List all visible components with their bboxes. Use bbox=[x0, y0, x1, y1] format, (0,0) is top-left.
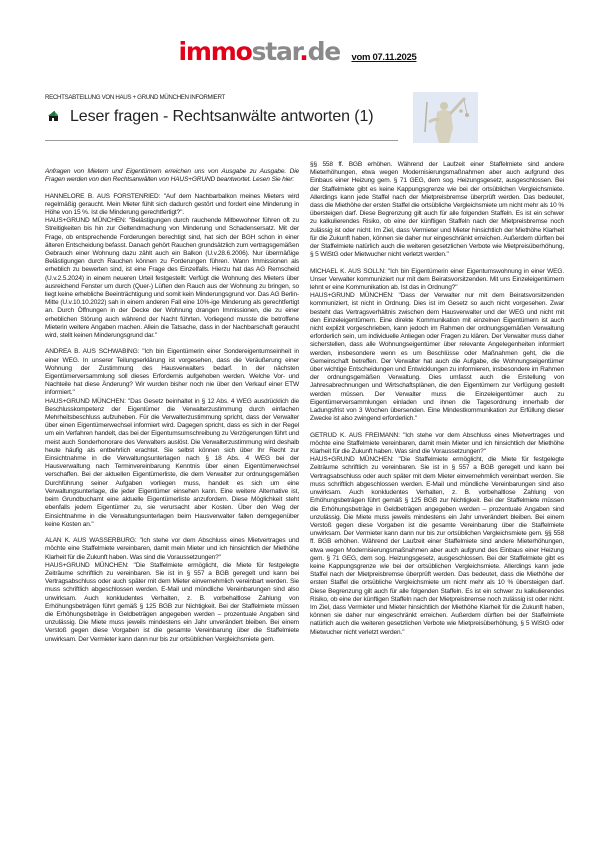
reader-question: MICHAEL K. AUS SOLLN: "Ich bin Eigentüme… bbox=[310, 268, 564, 293]
lawyer-answer: HAUS+GRUND MÜNCHEN: "Dass der Verwalter … bbox=[310, 292, 564, 423]
answer-continuation: §§ 558 ff. BGB erhöhen. Während der Lauf… bbox=[310, 161, 564, 259]
issue-date: vom 07.11.2025 bbox=[351, 52, 416, 63]
logo-dot: . bbox=[299, 37, 307, 66]
lawyer-answer: HAUS+GRUND MÜNCHEN: "Das Gesetz beinhalt… bbox=[45, 398, 299, 529]
title-bar: Leser fragen - Rechtsanwälte antworten (… bbox=[45, 106, 398, 141]
lawyer-answer: HAUS+GRUND MÜNCHEN: "Die Staffelmiete er… bbox=[310, 456, 564, 636]
lawyer-answer: HAUS+GRUND MÜNCHEN: "Die Staffelmiete er… bbox=[45, 562, 299, 644]
logo-part-immo: immo bbox=[179, 37, 252, 66]
page-title: Leser fragen - Rechtsanwälte antworten (… bbox=[70, 108, 374, 126]
justitia-illustration bbox=[413, 92, 478, 143]
masthead: immostar.de vom 07.11.2025 bbox=[0, 37, 595, 66]
reader-question: HANNELORE B. AUS FORSTENRIED: "Auf dem N… bbox=[45, 193, 299, 218]
qa-item: ANDREA B. AUS SCHWABING: "Ich bin Eigent… bbox=[45, 348, 299, 528]
section-kicker: RECHTSABTEILUNG VON HAUS + GRUND MÜNCHEN… bbox=[45, 94, 225, 101]
qa-item: HANNELORE B. AUS FORSTENRIED: "Auf dem N… bbox=[45, 193, 299, 341]
reader-question: GETRUD K. AUS FREIMANN: "Ich stehe vor d… bbox=[310, 432, 564, 457]
house-icon bbox=[48, 111, 58, 121]
justitia-statue-image bbox=[413, 92, 478, 143]
reader-question: ANDREA B. AUS SCHWABING: "Ich bin Eigent… bbox=[45, 348, 299, 397]
qa-item: ALAN K. AUS WASSERBURG: "Ich stehe vor d… bbox=[45, 537, 299, 644]
lawyer-answer: HAUS+GRUND MÜNCHEN: "Belästigungen durch… bbox=[45, 217, 299, 340]
article-left-column: Anfragen von Mietern und Eigentümern err… bbox=[45, 168, 299, 644]
article-intro: Anfragen von Mietern und Eigentümern err… bbox=[45, 168, 299, 184]
immostar-logo[interactable]: immostar.de bbox=[179, 37, 340, 66]
logo-part-star: star bbox=[252, 37, 300, 66]
reader-question: ALAN K. AUS WASSERBURG: "Ich stehe vor d… bbox=[45, 537, 299, 562]
article-right-column: §§ 558 ff. BGB erhöhen. Während der Lauf… bbox=[310, 161, 564, 637]
qa-item: GETRUD K. AUS FREIMANN: "Ich stehe vor d… bbox=[310, 432, 564, 637]
qa-item: MICHAEL K. AUS SOLLN: "Ich bin Eigentüme… bbox=[310, 268, 564, 424]
logo-part-de: de bbox=[308, 37, 340, 66]
